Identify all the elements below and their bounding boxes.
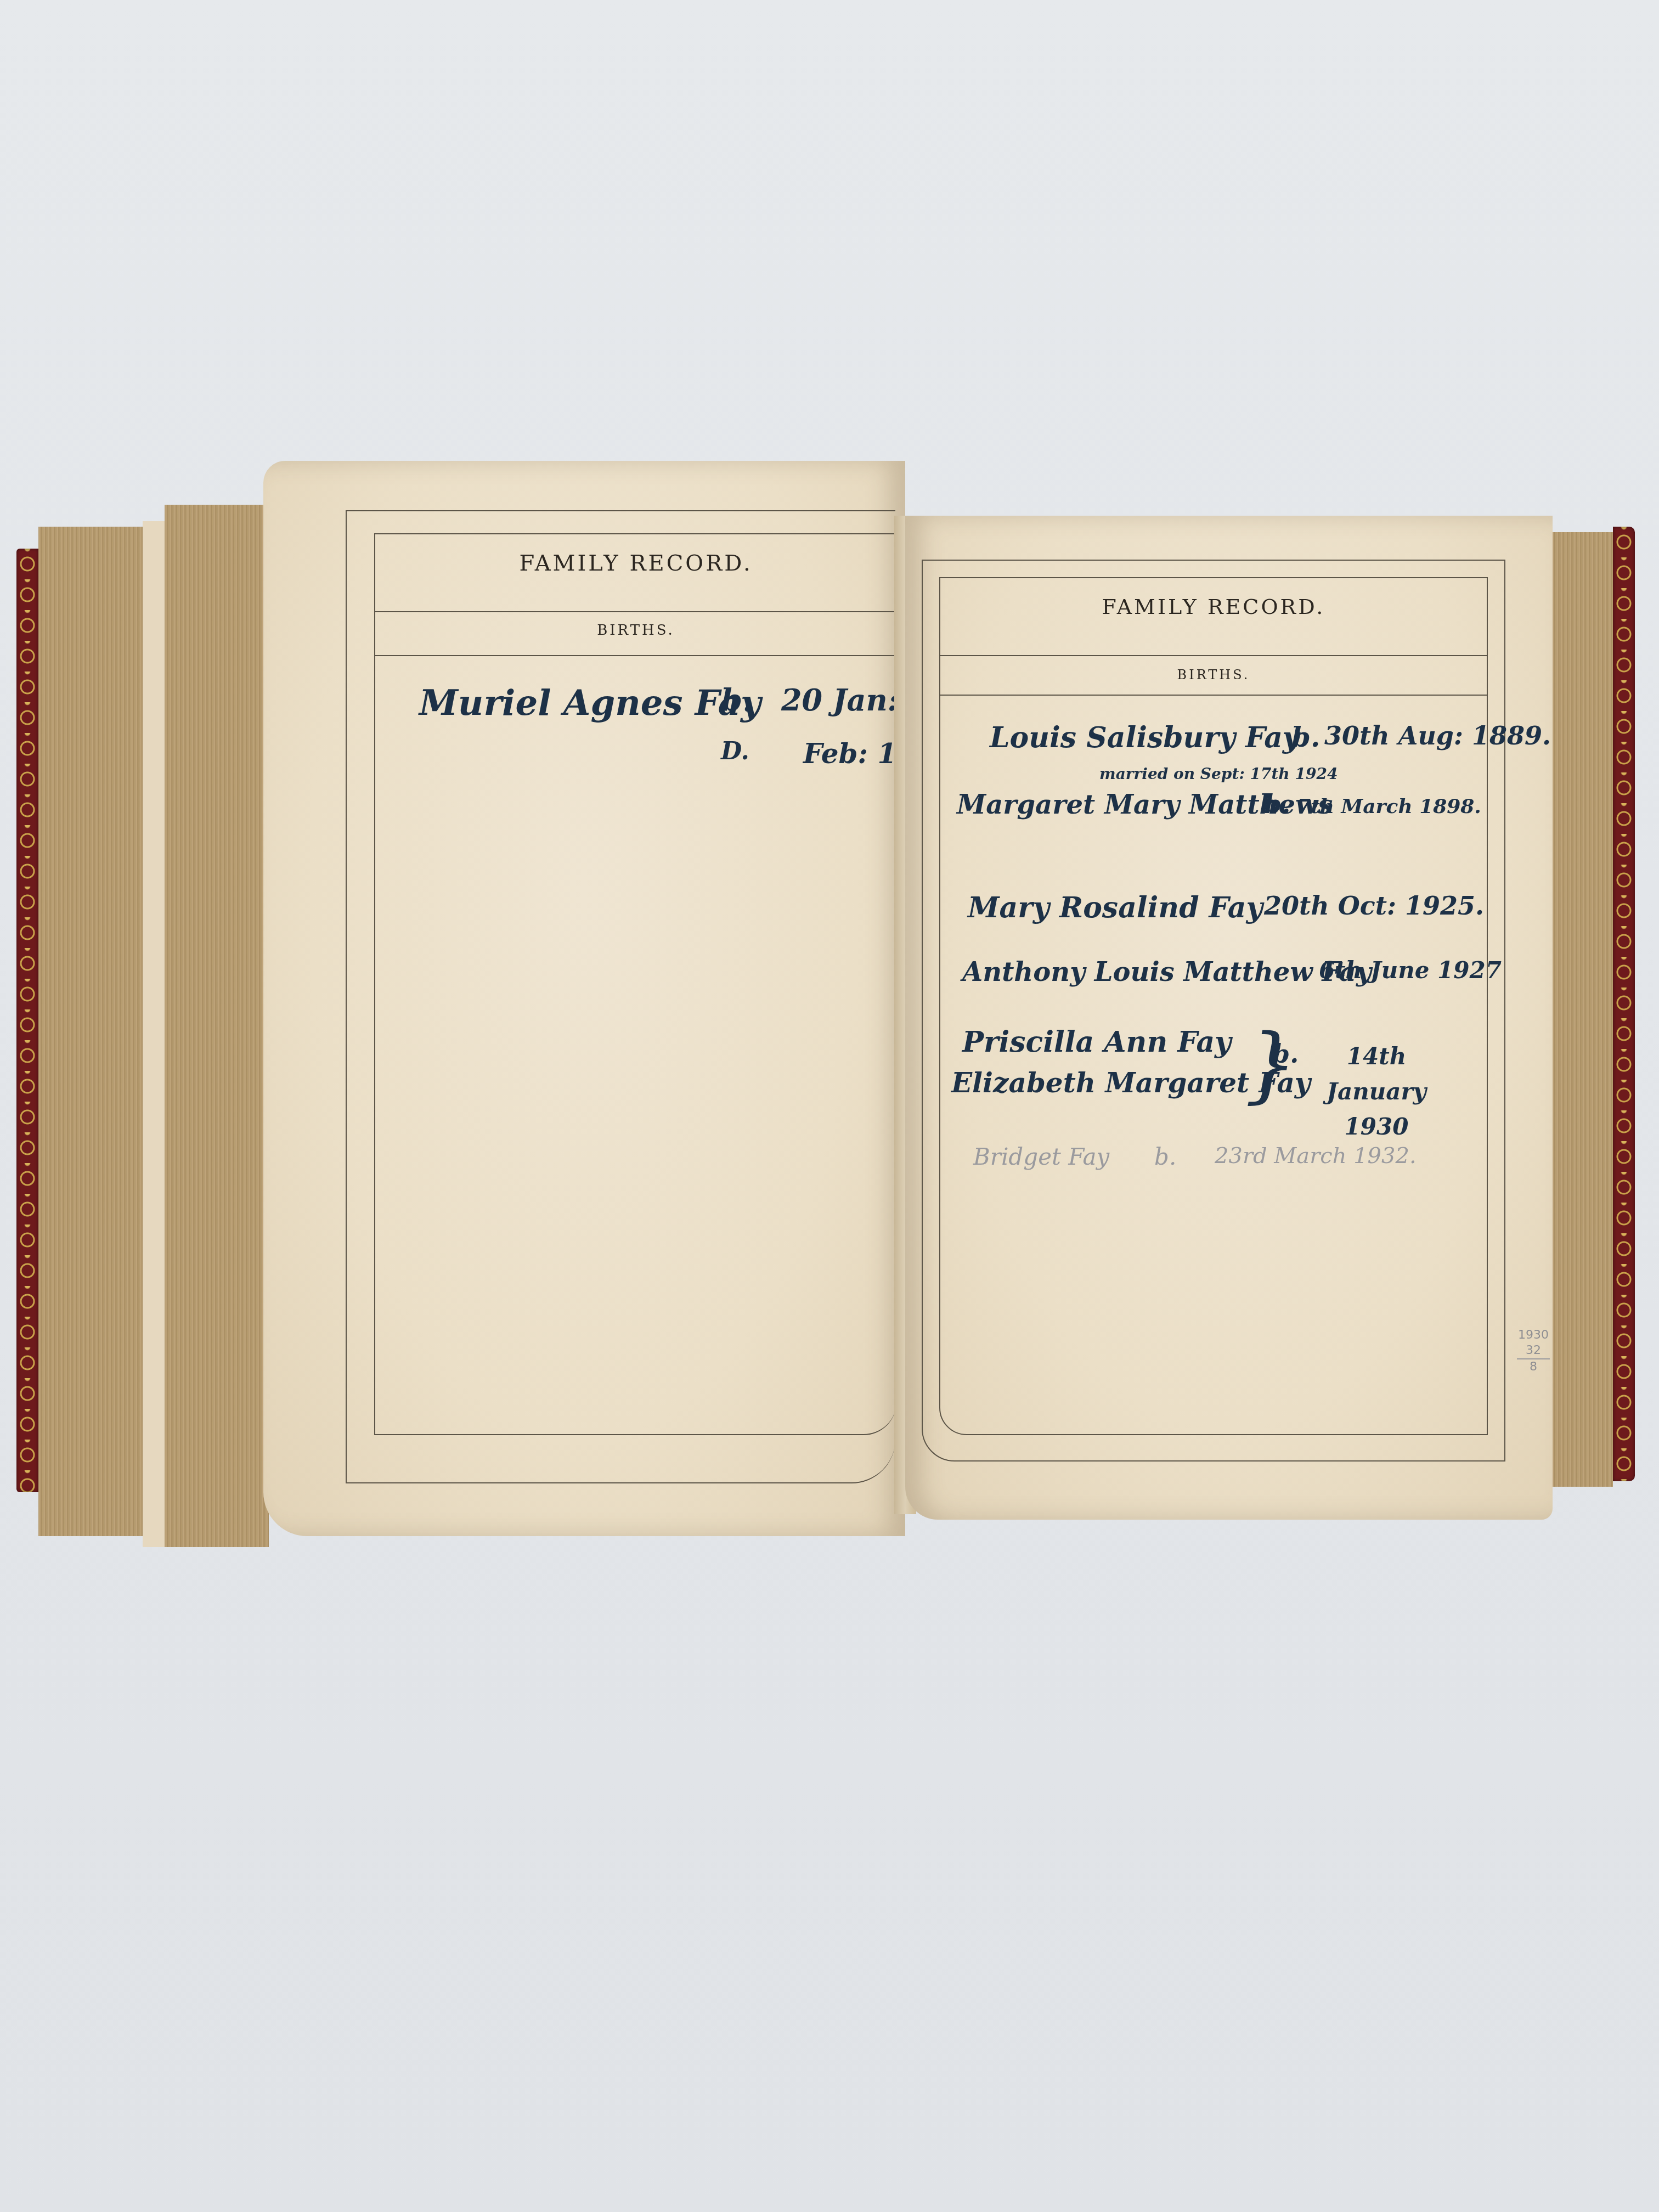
entry-name: Muriel Agnes Fay bbox=[419, 682, 761, 724]
right-outer-frame: FAMILY RECORD. BIRTHS. Louis Salisbury F… bbox=[922, 560, 1505, 1462]
left-inner-frame: FAMILY RECORD. BIRTHS. Muriel Agnes Fay … bbox=[374, 533, 896, 1435]
left-page-edge-gap bbox=[143, 521, 165, 1547]
entry-name: Bridget Fay bbox=[973, 1143, 1109, 1170]
entry-date: 14th January 1930 bbox=[1305, 1039, 1448, 1144]
right-inner-frame: FAMILY RECORD. BIRTHS. Louis Salisbury F… bbox=[939, 577, 1488, 1435]
entry-mark: b. bbox=[1154, 1143, 1176, 1170]
right-section-label: BIRTHS. bbox=[940, 667, 1487, 682]
margin-note-line: 1930 bbox=[1517, 1328, 1550, 1343]
entry-date: 30th Aug: 1889. bbox=[1324, 721, 1551, 751]
left-cover-binding bbox=[16, 549, 38, 1492]
entry-death-mark: D. bbox=[721, 737, 749, 765]
marriage-note: married on Sept: 17th 1924 bbox=[1099, 765, 1338, 783]
entry-name: Priscilla Ann Fay bbox=[962, 1025, 1231, 1059]
entry-mark: b. bbox=[721, 682, 753, 719]
left-section-label: BIRTHS. bbox=[375, 622, 896, 639]
margin-note-line: 32 bbox=[1517, 1343, 1550, 1359]
entry-date: 7th March 1898. bbox=[1297, 795, 1481, 818]
left-page-edges-inner bbox=[165, 505, 269, 1547]
entry-mark: b. bbox=[1272, 1039, 1299, 1069]
right-cover-binding bbox=[1613, 527, 1635, 1481]
left-page-title: FAMILY RECORD. bbox=[375, 551, 896, 576]
entry-mark: b. bbox=[1264, 789, 1290, 819]
entry-date: 6th June 1927 bbox=[1319, 957, 1502, 984]
left-outer-frame: FAMILY RECORD. BIRTHS. Muriel Agnes Fay … bbox=[346, 510, 895, 1483]
entry-date: 23rd March 1932. bbox=[1215, 1143, 1417, 1169]
left-page: FAMILY RECORD. BIRTHS. Muriel Agnes Fay … bbox=[263, 461, 905, 1536]
entry-date: 20th Oct: 1925. bbox=[1264, 891, 1484, 921]
right-page-title: FAMILY RECORD. bbox=[940, 595, 1487, 619]
entry-name: Louis Salisbury Fay bbox=[990, 721, 1299, 754]
right-page-edges bbox=[1547, 532, 1613, 1487]
margin-note: 1930 32 8 bbox=[1517, 1328, 1550, 1375]
right-page: FAMILY RECORD. BIRTHS. Louis Salisbury F… bbox=[905, 516, 1553, 1520]
book: FAMILY RECORD. BIRTHS. Muriel Agnes Fay … bbox=[16, 461, 1646, 1547]
margin-note-line: 8 bbox=[1517, 1359, 1550, 1375]
entry-name: Mary Rosalind Fay bbox=[968, 891, 1263, 924]
entry-name: Anthony Louis Matthew Fay bbox=[962, 957, 1372, 988]
entry-mark: b. bbox=[1291, 721, 1320, 753]
